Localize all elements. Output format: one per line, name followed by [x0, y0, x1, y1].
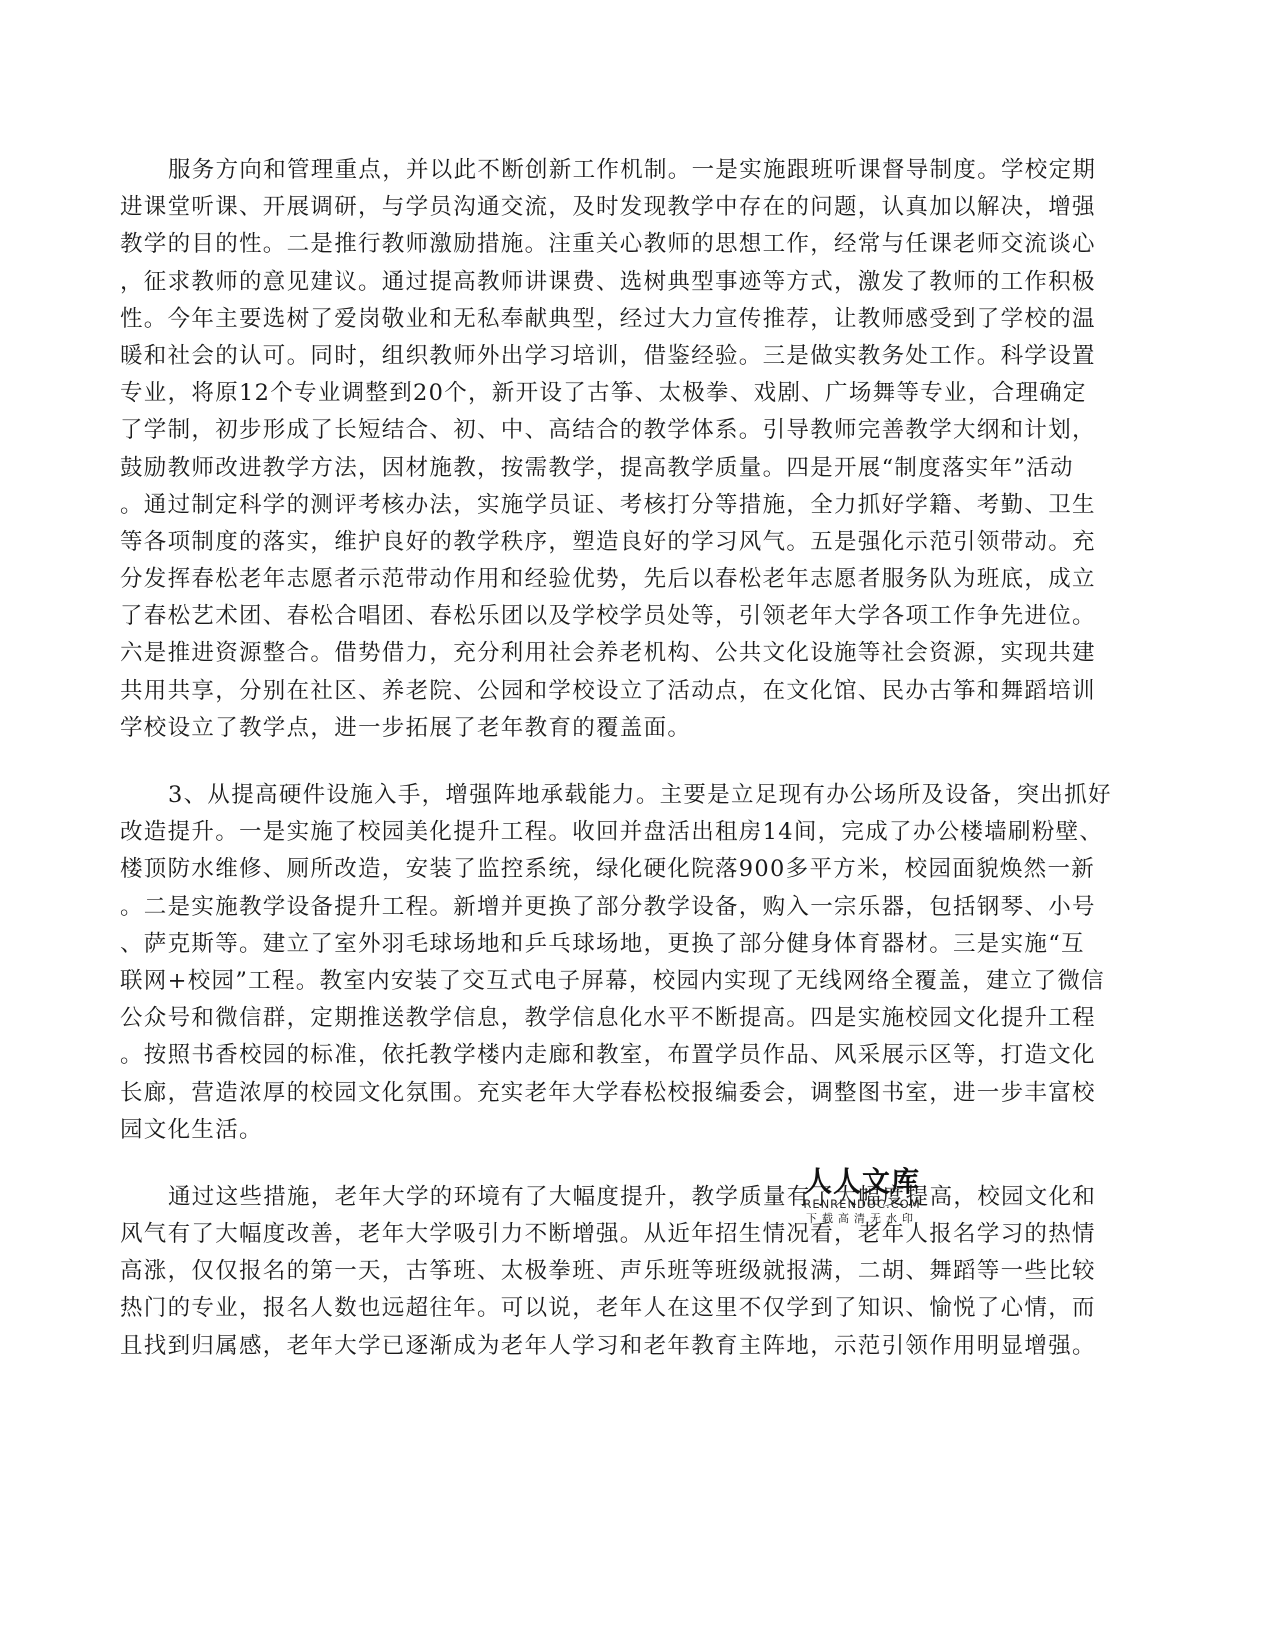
watermark-url: RENRENDOC.COM: [792, 1197, 932, 1211]
document-page: 服务方向和管理重点，并以此不断创新工作机制。一是实施跟班听课督导制度。学校定期 …: [0, 0, 1275, 1650]
text-line: 专业，将原12个专业调整到20个，新开设了古筝、太极拳、戏剧、广场舞等专业，合理…: [120, 375, 1132, 412]
paragraph-spacer: [120, 747, 1132, 777]
paragraph-spacer: [120, 1149, 1132, 1179]
paragraph-results-summary: 通过这些措施，老年大学的环境有了大幅度提升，教学质量有了大幅度提高，校园文化和 …: [120, 1179, 1132, 1365]
text-line: 教学的目的性。二是推行教师激励措施。注重关心教师的思想工作，经常与任课老师交流谈…: [120, 226, 1132, 263]
text-line: ，征求教师的意见建议。通过提高教师讲课费、选树典型事迹等方式，激发了教师的工作积…: [120, 264, 1132, 301]
text-line: 长廊，营造浓厚的校园文化氛围。充实老年大学春松校报编委会，调整图书室，进一步丰富…: [120, 1075, 1132, 1112]
paragraph-hardware-facilities: 3、从提高硬件设施入手，增强阵地承载能力。主要是立足现有办公场所及设备，突出抓好…: [120, 777, 1132, 1149]
text-line: 楼顶防水维修、厕所改造，安装了监控系统，绿化硬化院落900多平方米，校园面貌焕然…: [120, 851, 1132, 888]
text-line: 。按照书香校园的标准，依托教学楼内走廊和教室，布置学员作品、风采展示区等，打造文…: [120, 1037, 1132, 1074]
text-line: 共用共享，分别在社区、养老院、公园和学校设立了活动点，在文化馆、民办古筝和舞蹈培…: [120, 673, 1132, 710]
text-line: 公众号和微信群，定期推送教学信息，教学信息化水平不断提高。四是实施校园文化提升工…: [120, 1000, 1132, 1037]
text-line: 3、从提高硬件设施入手，增强阵地承载能力。主要是立足现有办公场所及设备，突出抓好: [120, 777, 1132, 814]
text-line: 等各项制度的落实，维护良好的教学秩序，塑造良好的学习风气。五是强化示范引领带动。…: [120, 524, 1132, 561]
text-line: 风气有了大幅度改善，老年大学吸引力不断增强。从近年招生情况看，老年人报名学习的热…: [120, 1216, 1132, 1253]
text-line: 、萨克斯等。建立了室外羽毛球场地和乒乓球场地，更换了部分健身体育器材。三是实施“…: [120, 926, 1132, 963]
watermark-logo: 人人文库 RENRENDOC.COM 下载高清无水印: [792, 1167, 932, 1226]
text-line: 了学制，初步形成了长短结合、初、中、高结合的教学体系。引导教师完善教学大纲和计划…: [120, 412, 1132, 449]
text-line: 改造提升。一是实施了校园美化提升工程。收回并盘活出租房14间，完成了办公楼墙刷粉…: [120, 814, 1132, 851]
watermark-title: 人人文库: [792, 1167, 932, 1197]
text-line: 了春松艺术团、春松合唱团、春松乐团以及学校学员处等，引领老年大学各项工作争先进位…: [120, 598, 1132, 635]
text-line: 联网+校园”工程。教室内安装了交互式电子屏幕，校园内实现了无线网络全覆盖，建立了…: [120, 963, 1132, 1000]
text-line: 鼓励教师改进教学方法，因材施教，按需教学，提高教学质量。四是开展“制度落实年”活…: [120, 450, 1132, 487]
text-line: 热门的专业，报名人数也远超往年。可以说，老年人在这里不仅学到了知识、愉悦了心情，…: [120, 1290, 1132, 1327]
watermark-subtitle: 下载高清无水印: [792, 1211, 932, 1226]
document-body: 服务方向和管理重点，并以此不断创新工作机制。一是实施跟班听课督导制度。学校定期 …: [120, 152, 1132, 1365]
text-line: 。二是实施教学设备提升工程。新增并更换了部分教学设备，购入一宗乐器，包括钢琴、小…: [120, 889, 1132, 926]
text-line: 高涨，仅仅报名的第一天，古筝班、太极拳班、声乐班等班级就报满，二胡、舞蹈等一些比…: [120, 1253, 1132, 1290]
text-line: 六是推进资源整合。借势借力，充分利用社会养老机构、公共文化设施等社会资源，实现共…: [120, 635, 1132, 672]
text-line: 园文化生活。: [120, 1112, 1132, 1149]
text-line: 。通过制定科学的测评考核办法，实施学员证、考核打分等措施，全力抓好学籍、考勤、卫…: [120, 487, 1132, 524]
text-line: 且找到归属感，老年大学已逐渐成为老年人学习和老年教育主阵地，示范引领作用明显增强…: [120, 1328, 1132, 1365]
text-line: 分发挥春松老年志愿者示范带动作用和经验优势，先后以春松老年志愿者服务队为班底，成…: [120, 561, 1132, 598]
text-line: 性。今年主要选树了爱岗敬业和无私奉献典型，经过大力宣传推荐，让教师感受到了学校的…: [120, 301, 1132, 338]
paragraph-service-mechanism: 服务方向和管理重点，并以此不断创新工作机制。一是实施跟班听课督导制度。学校定期 …: [120, 152, 1132, 747]
text-line: 通过这些措施，老年大学的环境有了大幅度提升，教学质量有了大幅度提高，校园文化和: [120, 1179, 1132, 1216]
text-line: 服务方向和管理重点，并以此不断创新工作机制。一是实施跟班听课督导制度。学校定期: [120, 152, 1132, 189]
text-line: 进课堂听课、开展调研，与学员沟通交流，及时发现教学中存在的问题，认真加以解决，增…: [120, 189, 1132, 226]
text-line: 学校设立了教学点，进一步拓展了老年教育的覆盖面。: [120, 710, 1132, 747]
text-line: 暖和社会的认可。同时，组织教师外出学习培训，借鉴经验。三是做实教务处工作。科学设…: [120, 338, 1132, 375]
